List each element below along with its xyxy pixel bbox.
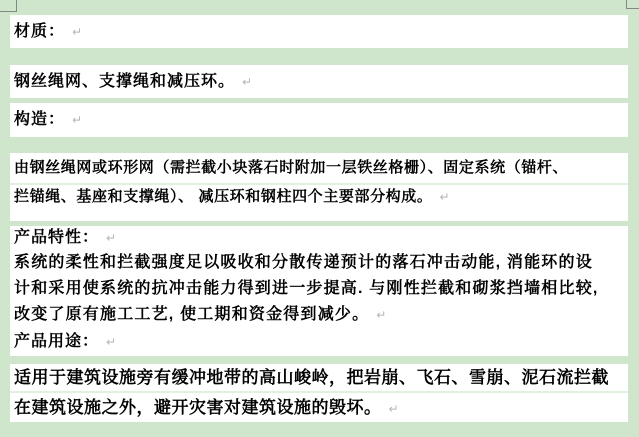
paragraph-mark-icon: ↵ <box>376 308 386 322</box>
features-text-line3-text: 改变了原有施工工艺, 使工期和资金得到减少。 <box>14 306 369 323</box>
features-heading-line: 产品特性：↵ <box>14 226 626 250</box>
paragraph-mark-icon: ↵ <box>106 335 116 349</box>
table-corner-handle-icon[interactable] <box>626 0 639 9</box>
features-label: 产品特性： <box>14 229 99 246</box>
cell-structure-text-line1[interactable]: 由钢丝绳网或环形网（需拦截小块落石时附加一层铁丝格栅）、固定系统（锚杆、 <box>10 153 628 183</box>
cell-structure-text-line2[interactable]: 拦锚绳、基座和支撑绳）、 减压环和钢柱四个主要部分构成。↵ <box>10 185 628 221</box>
features-text-line3: 改变了原有施工工艺, 使工期和资金得到减少。↵ <box>14 302 626 328</box>
usage-text-line1: 适用于建筑设施旁有缓冲地带的高山峻岭，把岩崩、飞石、雪崩、泥石流拦截 <box>14 368 609 387</box>
paragraph-mark-icon: ↵ <box>242 75 252 89</box>
material-label: 材质： <box>14 23 65 40</box>
paragraph-mark-icon: ↵ <box>106 231 116 245</box>
structure-text-line2: 拦锚绳、基座和支撑绳）、 减压环和钢柱四个主要部分构成。 <box>14 188 432 205</box>
structure-text-line1: 由钢丝绳网或环形网（需拦截小块落石时附加一层铁丝格栅）、固定系统（锚杆、 <box>14 159 568 176</box>
features-text-line2: 计和采用使系统的抗冲击能力得到进一步提高. 与刚性拦截和砌浆挡墙相比较, <box>14 276 626 302</box>
document-page: 材质：↵ 钢丝绳网、支撑绳和减压环。↵ 构造：↵ 由钢丝绳网或环形网（需拦截小块… <box>0 0 639 437</box>
cell-material-value[interactable]: 钢丝绳网、支撑绳和减压环。↵ <box>10 65 628 98</box>
material-value: 钢丝绳网、支撑绳和减压环。 <box>14 73 235 90</box>
table-move-handle-icon[interactable] <box>0 0 17 12</box>
cell-material-label[interactable]: 材质：↵ <box>10 15 628 48</box>
cell-structure-label[interactable]: 构造：↵ <box>10 103 628 137</box>
usage-label: 产品用途： <box>14 333 99 350</box>
cell-usage-text-line1[interactable]: 适用于建筑设施旁有缓冲地带的高山峻岭，把岩崩、飞石、雪崩、泥石流拦截 <box>10 364 628 391</box>
usage-text-line2: 在建筑设施之外，避开灾害对建筑设施的毁坏。 <box>14 398 382 417</box>
structure-label: 构造： <box>14 111 65 128</box>
usage-heading-line: 产品用途：↵ <box>14 328 626 356</box>
cell-features-block[interactable]: 产品特性：↵ 系统的柔性和拦截强度足以吸收和分散传递预计的落石冲击动能, 消能环… <box>10 226 628 356</box>
paragraph-mark-icon: ↵ <box>72 113 82 127</box>
paragraph-mark-icon: ↵ <box>72 25 82 39</box>
cell-usage-text-line2[interactable]: 在建筑设施之外，避开灾害对建筑设施的毁坏。↵ <box>10 393 628 422</box>
paragraph-mark-icon: ↵ <box>389 402 399 416</box>
paragraph-mark-icon: ↵ <box>439 190 449 204</box>
features-text-line1: 系统的柔性和拦截强度足以吸收和分散传递预计的落石冲击动能, 消能环的设 <box>14 250 626 276</box>
